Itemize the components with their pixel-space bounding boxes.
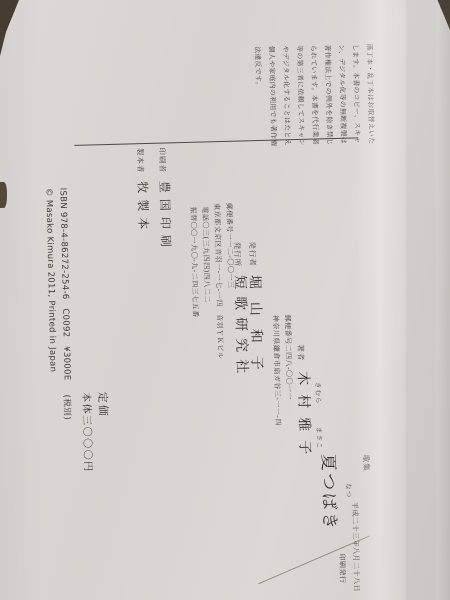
price-amount: 本体三〇〇〇円 (80, 392, 92, 473)
printer-line: 印刷者豊国印刷 (157, 147, 175, 253)
price-label: 定価 (97, 392, 109, 418)
copyright-line: © Masako Kimura 2011, Printed in Japan (44, 188, 57, 373)
publisher-line: 発行所短歌研究社 (232, 241, 251, 380)
warning-line: 法違反です。 (254, 46, 263, 147)
publisher-phone: 電話〇三(三九四四)四八二二 (201, 206, 210, 303)
binder-name: 牧製本 (135, 181, 150, 235)
issuer-label: 発行者 (248, 241, 258, 267)
title-furigana: なつ (345, 483, 352, 498)
book-colophon-photo: 落丁本・乱丁本はお取替えいた します。本書のコピー、スキャ ン、デジタル化等の無… (0, 0, 450, 600)
genre-label: 歌集 (362, 455, 370, 472)
author-furigana: きむらまさこ (314, 382, 322, 449)
warning-line: 落丁本・乱丁本はお取替えいた (365, 44, 374, 145)
author-label: 著者 (296, 344, 305, 361)
spacer (294, 361, 313, 371)
book-title: 夏つばき (319, 454, 338, 532)
publisher-address: 東京都文京区音羽一-一七-一四 音羽ＹＫビル (213, 203, 224, 359)
warning-line: 個人や家庭内の利用でも著作権 (268, 46, 277, 147)
printer-label: 印刷者 (158, 147, 168, 173)
warning-line: 著作権法上での例外を除き禁じ (323, 45, 332, 146)
price-tax-note: (税別) (62, 395, 71, 421)
spacer (134, 173, 153, 181)
publisher-name: 短歌研究社 (231, 275, 249, 380)
warning-line: します。本書のコピー、スキャ (351, 44, 360, 145)
warning-line: ン、デジタル化等の無断複製は (337, 44, 346, 145)
author-furigana-family: きむら (314, 382, 323, 405)
author-postal: 郵便番号二四八-〇〇一一 (283, 315, 292, 401)
isbn-line: ISBN 978-4-86272-254-6 C0092 ¥3000E (58, 188, 71, 381)
publisher-postal: 郵便番号一一二-〇〇一三 (225, 203, 234, 289)
author-name: 木村雅子 (295, 371, 313, 463)
author-furigana-given: まさこ (314, 404, 323, 449)
printer-name: 豊国印刷 (157, 181, 173, 253)
binder-label: 製本者 (136, 148, 146, 174)
warning-line: やデジタル化することはたとえ (282, 45, 291, 146)
author-line: 著者木村雅子 (295, 344, 314, 463)
publication-date: 平成二十三年八月二十八日 (351, 502, 360, 592)
print-publish-label: 印刷発行 (338, 553, 346, 583)
spacer (156, 173, 175, 181)
colophon-content: 落丁本・乱丁本はお取替えいた します。本書のコピー、スキャ ン、デジタル化等の無… (0, 0, 450, 600)
copyright-warning-paragraph: 落丁本・乱丁本はお取替えいた します。本書のコピー、スキャ ン、デジタル化等の無… (246, 44, 374, 148)
publisher-postal-transfer: 振替〇〇一九〇-九-二四三七五番 (189, 207, 199, 318)
warning-line: 等の第三者に依頼してスキャン (296, 45, 305, 146)
binder-line: 製本者牧製本 (135, 148, 153, 236)
warning-line: られています。本書を代行業者 (310, 45, 319, 146)
author-address: 神奈川県鎌倉市扇ガ谷三-一一-四 (271, 315, 281, 426)
